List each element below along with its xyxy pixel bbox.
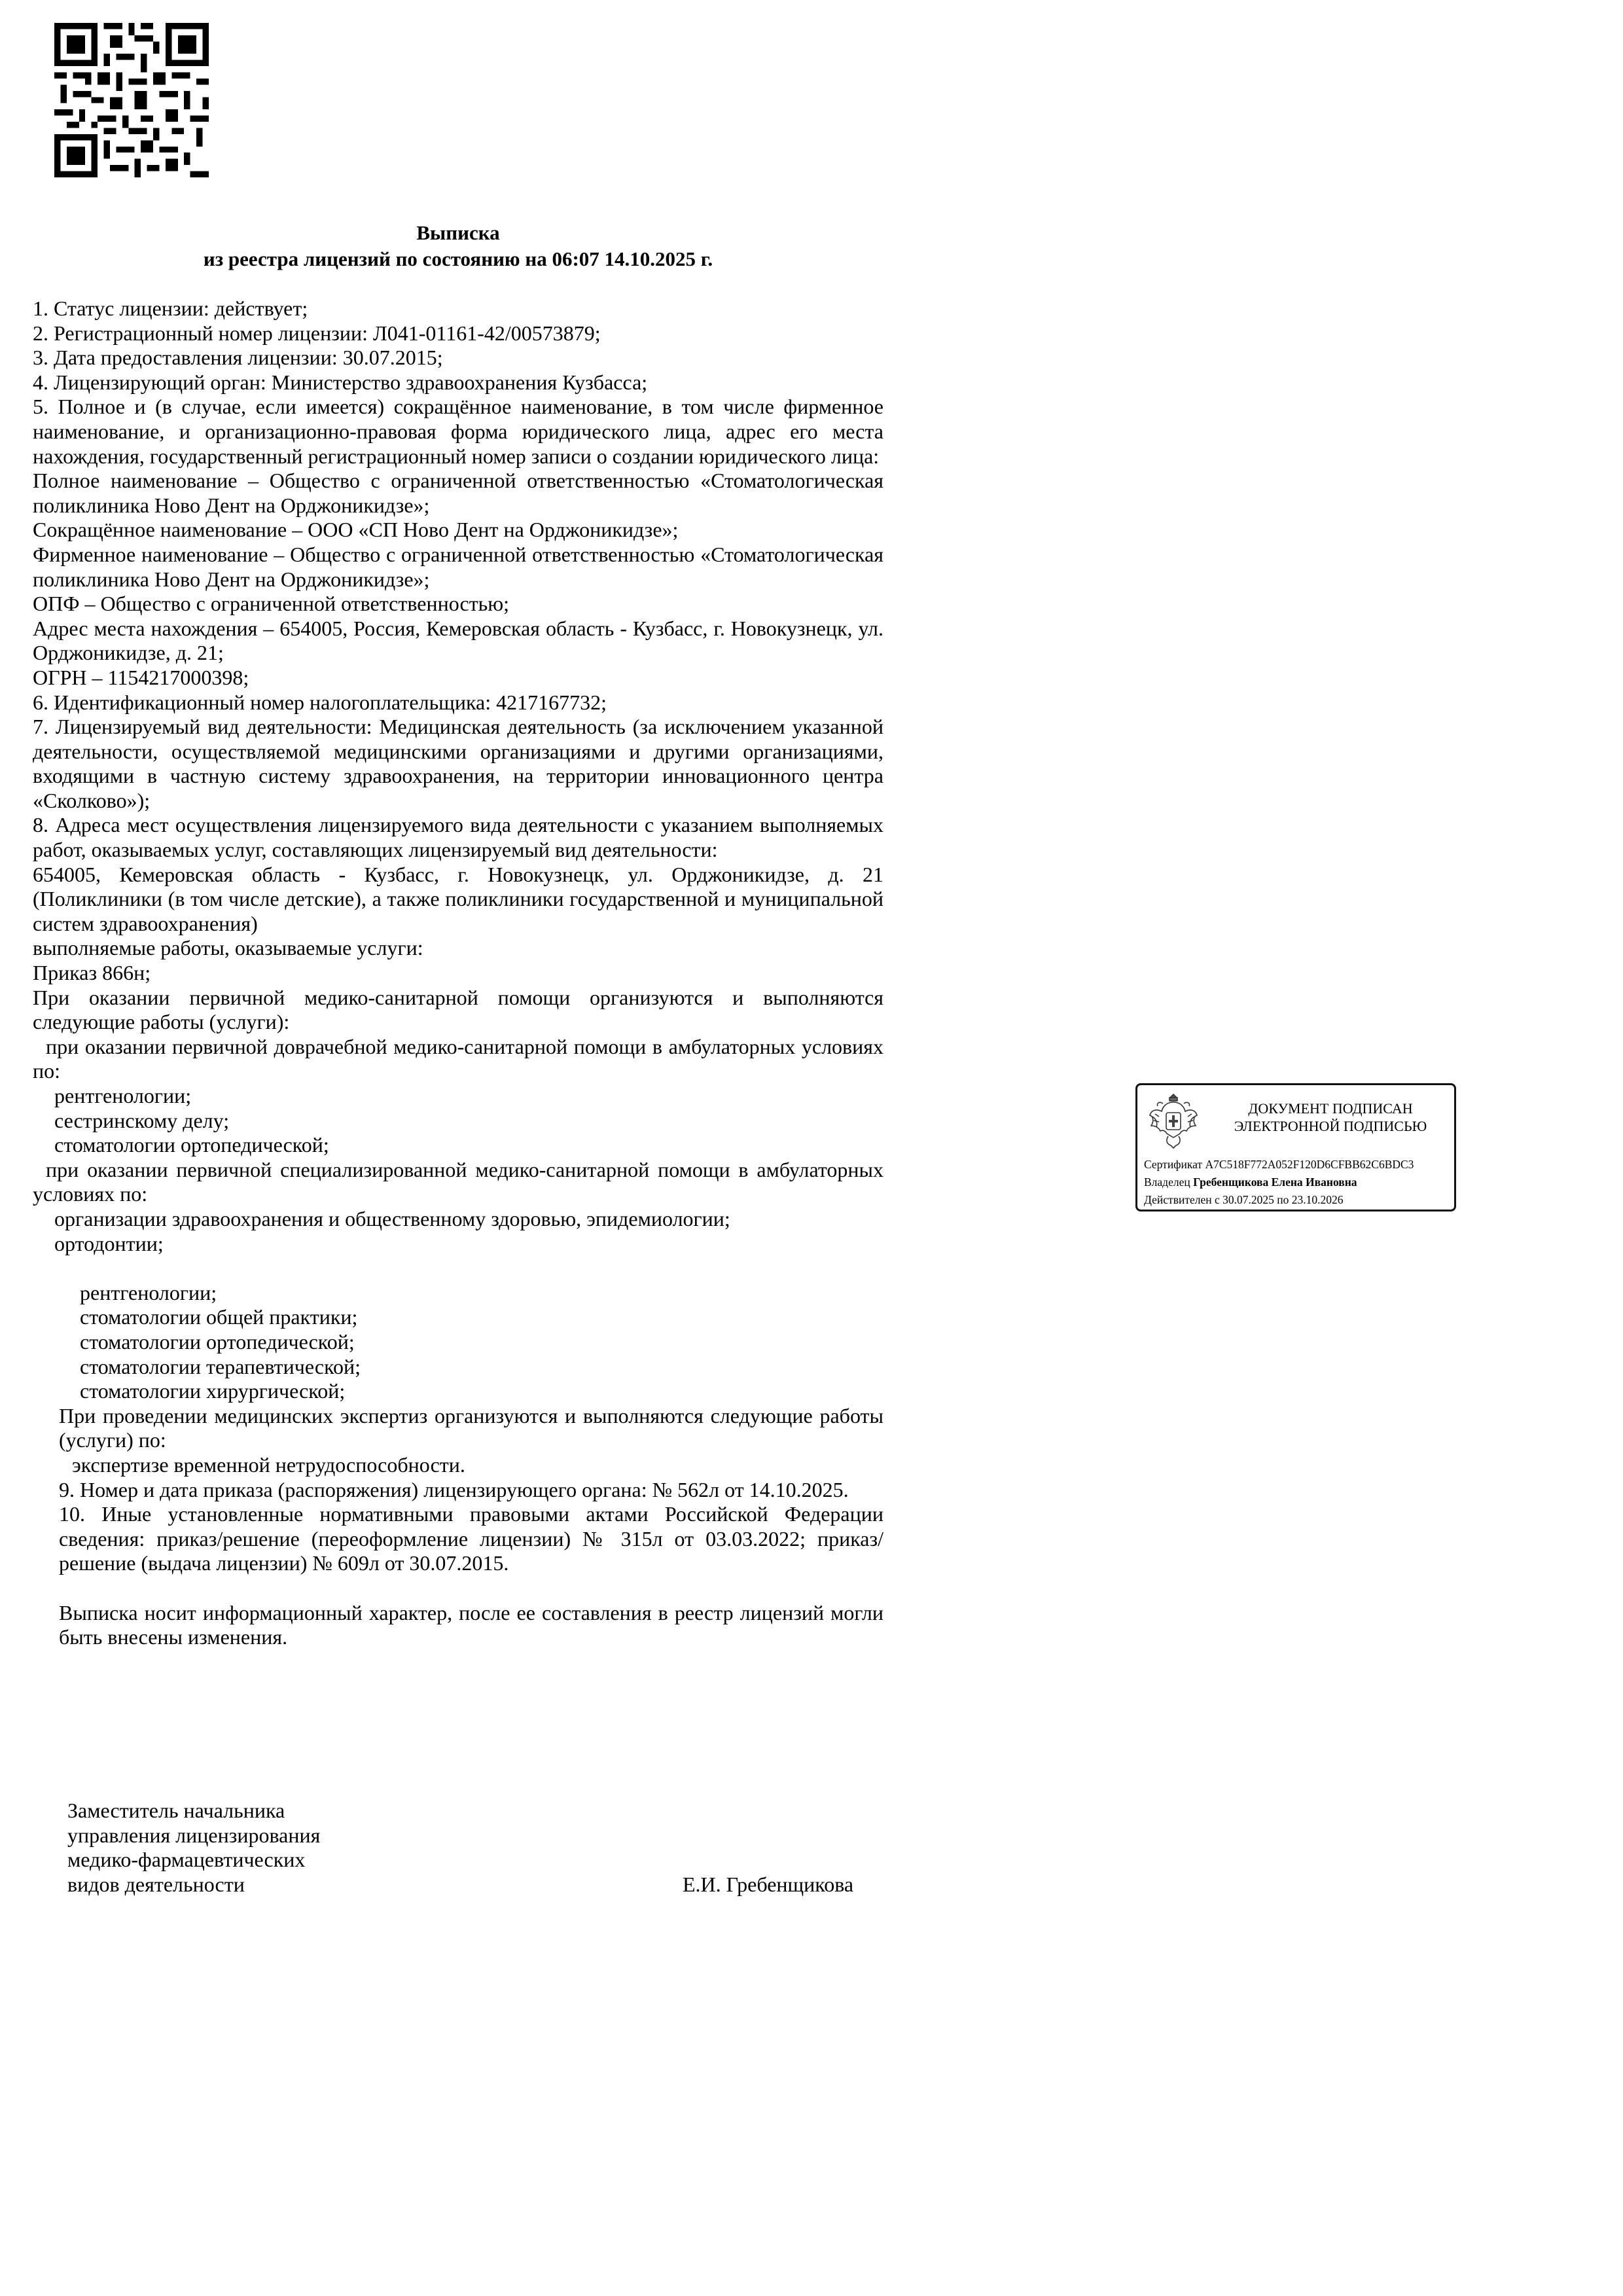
owner-line: Владелец Гребенщикова Елена Ивановна bbox=[1144, 1175, 1357, 1189]
brand-name: Фирменное наименование – Общество с огра… bbox=[33, 543, 883, 592]
owner-name: Гребенщикова Елена Ивановна bbox=[1193, 1175, 1357, 1189]
primary-care-heading: При оказании первичной медико-санитарной… bbox=[33, 986, 883, 1035]
other-info: 10. Иные установленные нормативными прав… bbox=[33, 1502, 883, 1576]
stamp-heading: ДОКУМЕНТ ПОДПИСАН ЭЛЕКТРОННОЙ ПОДПИСЬЮ bbox=[1209, 1100, 1452, 1135]
signatory-position-line: медико-фармацевтических bbox=[67, 1848, 320, 1873]
disclaimer: Выписка носит информационный характер, п… bbox=[33, 1601, 883, 1650]
order-reference: Приказ 866н; bbox=[33, 961, 883, 986]
works-label: выполняемые работы, оказываемые услуги: bbox=[33, 936, 883, 961]
license-status: 1. Статус лицензии: действует; bbox=[33, 296, 883, 321]
activity-address: 654005, Кемеровская область - Кузбасс, г… bbox=[33, 863, 883, 937]
list-item: рентгенологии; bbox=[33, 1281, 883, 1306]
stamp-heading-line: ЭЛЕКТРОННОЙ ПОДПИСЬЮ bbox=[1209, 1117, 1452, 1135]
ogrn: ОГРН – 1154217000398; bbox=[33, 666, 883, 691]
signatory-position: Заместитель начальника управления лиценз… bbox=[67, 1799, 320, 1897]
document-subtitle: из реестра лицензий по состоянию на 06:0… bbox=[0, 246, 916, 272]
list-item: стоматологии ортопедической; bbox=[33, 1330, 883, 1355]
pre-doctor-care-heading: при оказании первичной доврачебной медик… bbox=[33, 1035, 883, 1084]
legal-address: Адрес места нахождения – 654005, Россия,… bbox=[33, 617, 883, 666]
inn: 6. Идентификационный номер налогоплатель… bbox=[33, 691, 883, 715]
licensed-activity: 7. Лицензируемый вид деятельности: Медиц… bbox=[33, 715, 883, 813]
certificate-line: Сертификат A7C518F772A052F120D6CFBB62C6B… bbox=[1144, 1157, 1414, 1172]
list-item: сестринскому делу; bbox=[33, 1109, 883, 1134]
owner-label: Владелец bbox=[1144, 1175, 1190, 1189]
coat-of-arms-icon bbox=[1147, 1090, 1200, 1151]
list-item: стоматологии общей практики; bbox=[33, 1305, 883, 1330]
full-name: Полное наименование – Общество с огранич… bbox=[33, 469, 883, 518]
signatory-position-line: Заместитель начальника bbox=[67, 1799, 320, 1823]
activity-addresses-heading: 8. Адреса мест осуществления лицензируем… bbox=[33, 813, 883, 862]
list-item: стоматологии терапевтической; bbox=[33, 1355, 883, 1380]
certificate-number: A7C518F772A052F120D6CFBB62C6BDC3 bbox=[1205, 1158, 1414, 1171]
order-number-date: 9. Номер и дата приказа (распоряжения) л… bbox=[33, 1478, 883, 1503]
list-item: стоматологии ортопедической; bbox=[33, 1133, 883, 1158]
certificate-label: Сертификат bbox=[1144, 1158, 1202, 1171]
license-number: 2. Регистрационный номер лицензии: Л041-… bbox=[33, 321, 883, 346]
expertise-item: экспертизе временной нетрудоспособности. bbox=[33, 1453, 883, 1478]
signatory-name: Е.И. Гребенщикова bbox=[683, 1873, 853, 1897]
licensing-authority: 4. Лицензирующий орган: Министерство здр… bbox=[33, 370, 883, 395]
validity-line: Действителен с 30.07.2025 по 23.10.2026 bbox=[1144, 1193, 1344, 1207]
stamp-heading-line: ДОКУМЕНТ ПОДПИСАН bbox=[1209, 1100, 1452, 1117]
list-item: организации здравоохранения и общественн… bbox=[33, 1207, 883, 1232]
qr-code-icon bbox=[54, 23, 209, 177]
list-item: ортодонтии; bbox=[33, 1232, 883, 1257]
list-item: рентгенологии; bbox=[33, 1084, 883, 1109]
signatory-position-line: управления лицензирования bbox=[67, 1823, 320, 1848]
list-item: стоматологии хирургической; bbox=[33, 1379, 883, 1404]
signatory-position-line: видов деятельности bbox=[67, 1873, 320, 1897]
specialized-care-heading: при оказании первичной специализированно… bbox=[33, 1158, 883, 1207]
license-date: 3. Дата предоставления лицензии: 30.07.2… bbox=[33, 346, 883, 370]
document-title: Выписка bbox=[0, 220, 916, 246]
document-body: 1. Статус лицензии: действует; 2. Регист… bbox=[33, 296, 883, 1650]
expertise-heading: При проведении медицинских экспертиз орг… bbox=[33, 1404, 883, 1453]
electronic-signature-stamp: ДОКУМЕНТ ПОДПИСАН ЭЛЕКТРОННОЙ ПОДПИСЬЮ С… bbox=[1135, 1083, 1456, 1211]
legal-form: ОПФ – Общество с ограниченной ответствен… bbox=[33, 592, 883, 617]
organization-name-heading: 5. Полное и (в случае, если имеется) сок… bbox=[33, 395, 883, 469]
short-name: Сокращённое наименование – ООО «СП Ново … bbox=[33, 518, 883, 543]
